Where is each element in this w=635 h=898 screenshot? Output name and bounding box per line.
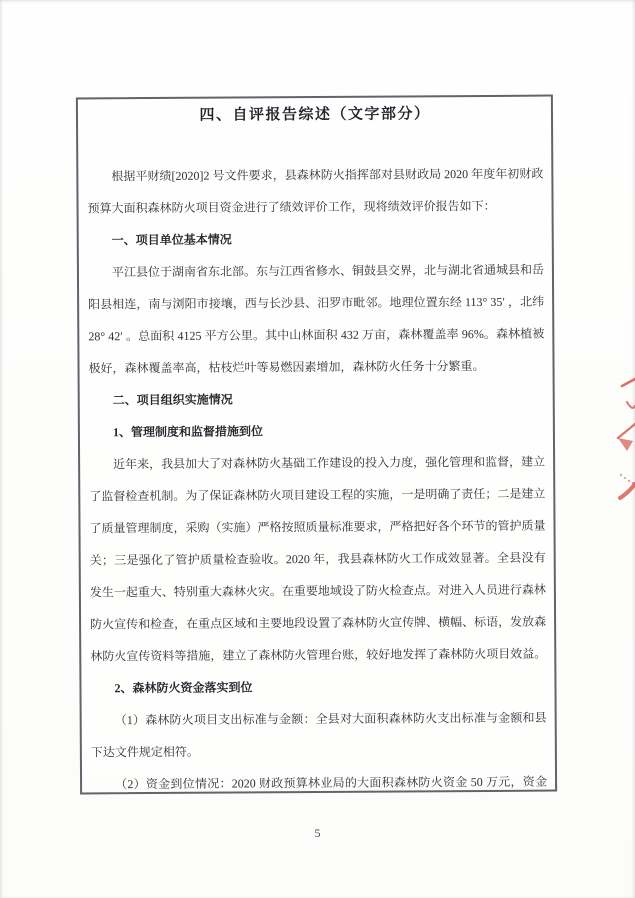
paragraph-intro: 根据平财绩[2020]2 号文件要求，县森林防火指挥部对县财政局 2020 年度…	[87, 158, 543, 225]
document-border-box: 四、自评报告综述（文字部分） 根据平财绩[2020]2 号文件要求，县森林防火指…	[76, 95, 557, 795]
red-seal-stamp-icon	[607, 372, 635, 502]
scanned-document-page: 四、自评报告综述（文字部分） 根据平财绩[2020]2 号文件要求，县森林防火指…	[0, 0, 635, 898]
page-number: 5	[0, 826, 635, 840]
paragraph-management: 近年来，我县加大了对森林防火基础工作建设的投入力度，强化管理和监督，建立了监督检…	[89, 446, 546, 673]
paragraph-funds-arrival: （2）资金到位情况：2020 财政预算林业局的大面积森林防火资金 50 万元，资…	[91, 766, 547, 795]
paragraph-funds-standard: （1）森林防火项目支出标准与金额：全县对大面积森林防火支出标准与金额和县下达文件…	[91, 702, 547, 769]
section-heading-2: 二、项目组织实施情况	[89, 382, 545, 417]
section-heading-1: 一、项目单位基本情况	[88, 222, 544, 257]
subsection-heading-1: 1、管理制度和监督措施到位	[89, 414, 545, 449]
subsection-heading-2: 2、森林防火资金落实到位	[90, 670, 546, 705]
paragraph-county-info: 平江县位于湖南省东北部。东与江西省修水、铜鼓县交界，北与湖北省通城县和岳阳县相连…	[88, 254, 545, 385]
page-title: 四、自评报告综述（文字部分）	[87, 102, 543, 129]
